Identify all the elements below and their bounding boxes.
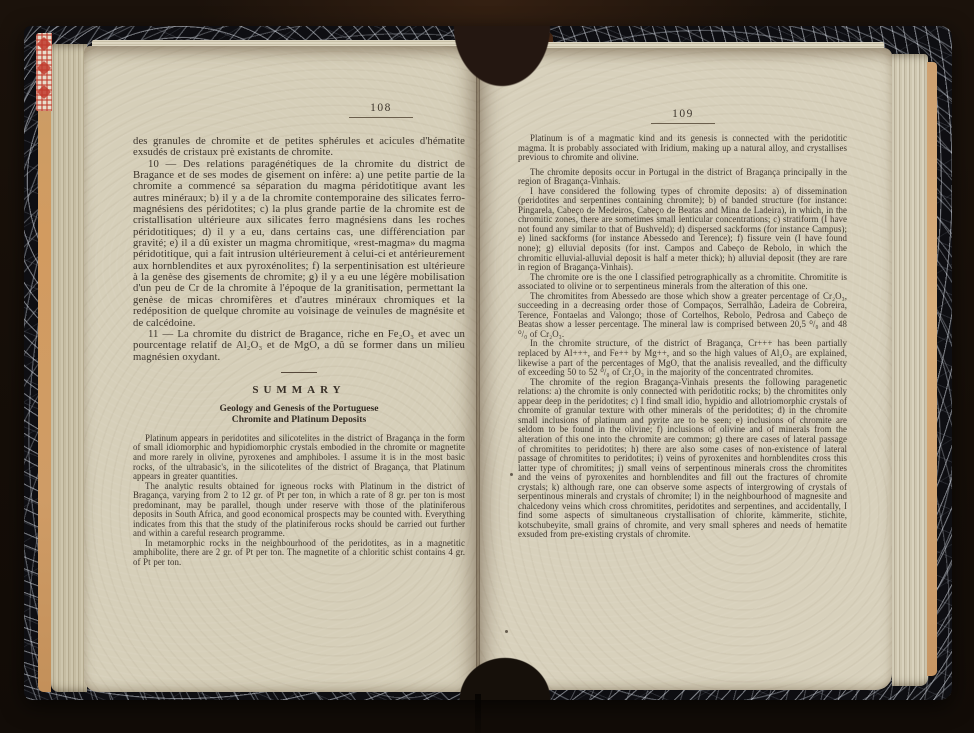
french-paragraph: des granules de chromite et de petites s… [133,136,465,159]
summary-paragraph: The analytic results obtained for igneou… [133,482,465,539]
section-divider-rule [281,372,317,373]
page-number-left: 108 [349,102,413,118]
summary-paragraph: The chromite deposits occur in Portugal … [518,168,847,187]
ink-speck [510,473,513,476]
binding-notch-top [441,26,563,102]
summary-subtitle-line1: Geology and Genesis of the Portuguese [219,403,378,414]
summary-subtitle: Geology and Genesis of the Portuguese Ch… [133,403,465,426]
left-page-text-column: des granules de chromite et de petites s… [133,136,465,568]
summary-paragraph: The chromitites from Abessedo are those … [518,292,847,340]
french-section: des granules de chromite et de petites s… [133,136,465,363]
binding-notch-bottom [449,654,561,700]
french-paragraph: 10 — Des relations paragénétiques de la … [133,159,465,329]
summary-paragraph: The chromite ore is the one I classified… [518,273,847,292]
bookmark-diamond [37,85,51,99]
bookmark-diamond [37,37,51,51]
photograph-of-open-book: { "left_page": { "page_number": "108", "… [0,0,974,733]
summary-english-section: Platinum appears in peridotites and sili… [133,434,465,568]
summary-paragraph: Platinum is of a magmatic kind and its g… [518,134,847,163]
summary-subtitle-line2: Chromite and Platinum Deposits [232,414,366,425]
fore-edge-right [927,62,937,676]
summary-paragraph: In the chromite structure, of the distri… [518,339,847,377]
gutter-crease [476,48,480,692]
spine-shadow-bottom [475,694,481,733]
right-page: 109 Platinum is of a magmatic kind and i… [478,48,892,690]
summary-heading: SUMMARY [133,384,465,396]
fore-edge-left [38,42,51,692]
right-page-text-column: Platinum is of a magmatic kind and its g… [518,134,847,540]
summary-paragraph: I have considered the following types of… [518,187,847,273]
ink-speck [505,630,508,633]
summary-paragraph: Platinum appears in peridotites and sili… [133,434,465,482]
page-edges-left [51,44,87,692]
bookmark-diamond [37,61,51,75]
page-number-right: 109 [651,108,715,124]
gingham-bookmark [36,33,52,111]
summary-paragraph: The chromite of the region Bragança-Vinh… [518,378,847,540]
summary-paragraph: In metamorphic rocks in the neighbourhoo… [133,539,465,568]
left-page: 108 des granules de chromite et de petit… [84,46,478,692]
french-paragraph: 11 — La chromite du district de Bragance… [133,329,465,363]
page-edges-right [892,54,928,686]
